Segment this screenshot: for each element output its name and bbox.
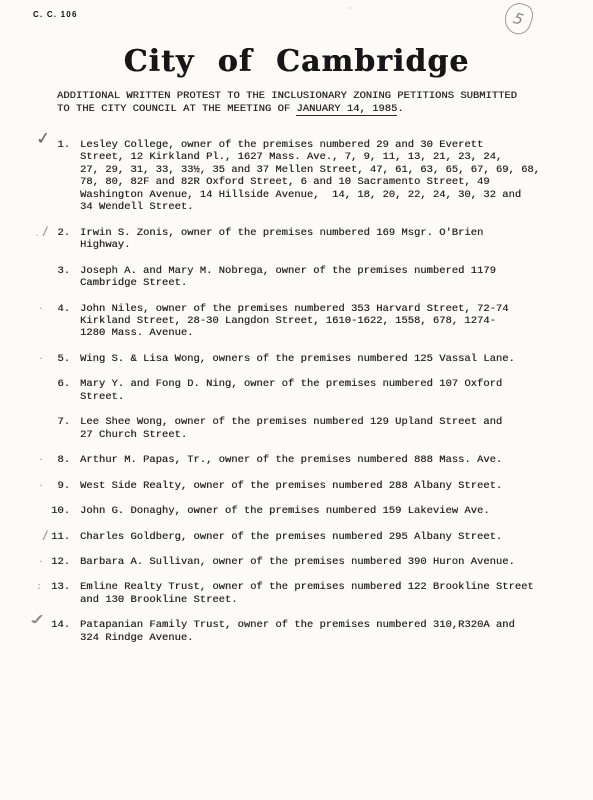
item-text: Irwin S. Zonis, owner of the premises nu…	[80, 227, 558, 252]
item-number: 3.	[0, 265, 70, 290]
scanned-document-page: C. C. 106 5 City of Cambridge ADDITIONAL…	[0, 0, 593, 800]
list-item: : 13. Emline Realty Trust, owner of the …	[0, 581, 593, 606]
item-text: Emline Realty Trust, owner of the premis…	[80, 581, 558, 606]
meeting-date: JANUARY 14, 1985	[296, 103, 397, 117]
page-title: City of Cambridge	[0, 44, 593, 79]
item-number: 11.	[0, 531, 70, 543]
item-text: Patapanian Family Trust, owner of the pr…	[80, 619, 558, 644]
item-number: 10.	[0, 505, 70, 517]
item-text: Arthur M. Papas, Tr., owner of the premi…	[80, 454, 558, 466]
item-number: 8.	[0, 454, 70, 466]
list-item: ∕ 2. Irwin S. Zonis, owner of the premis…	[0, 227, 593, 252]
item-number: 4.	[0, 303, 70, 340]
document-code: C. C. 106	[33, 10, 78, 19]
item-text: Barbara A. Sullivan, owner of the premis…	[80, 556, 558, 568]
pencil-mark-icon: ·	[39, 455, 42, 467]
heading-line2-prefix: TO THE CITY COUNCIL AT THE MEETING OF	[57, 103, 296, 115]
list-item: · 4. John Niles, owner of the premises n…	[0, 303, 593, 340]
item-number: 12.	[0, 556, 70, 568]
pencil-mark-icon: ·	[39, 557, 42, 569]
item-text: Lesley College, owner of the premises nu…	[80, 139, 558, 214]
item-number: 2.	[0, 227, 70, 252]
list-item: · 9. West Side Realty, owner of the prem…	[0, 480, 593, 492]
list-item: ∕ 11. Charles Goldberg, owner of the pre…	[0, 531, 593, 543]
document-heading: ADDITIONAL WRITTEN PROTEST TO THE INCLUS…	[57, 90, 537, 115]
item-text: Joseph A. and Mary M. Nobrega, owner of …	[80, 265, 558, 290]
item-text: Lee Shee Wong, owner of the premises num…	[80, 416, 558, 441]
list-item: 7. Lee Shee Wong, owner of the premises …	[0, 416, 593, 441]
item-text: John G. Donaghy, owner of the premises n…	[80, 505, 558, 517]
item-text: Wing S. & Lisa Wong, owners of the premi…	[80, 353, 558, 365]
item-number: 6.	[0, 378, 70, 403]
pencil-mark-icon: ·	[39, 481, 42, 493]
item-text: Charles Goldberg, owner of the premises …	[80, 531, 558, 543]
pencil-mark-icon: ✓	[35, 132, 50, 146]
pencil-mark-icon: ✓	[26, 614, 51, 628]
scan-speck	[349, 7, 351, 9]
list-item: 10. John G. Donaghy, owner of the premis…	[0, 505, 593, 517]
item-text: Mary Y. and Fong D. Ning, owner of the p…	[80, 378, 558, 403]
item-number: 7.	[0, 416, 70, 441]
item-text: John Niles, owner of the premises number…	[80, 303, 558, 340]
pencil-mark-icon: :	[37, 581, 40, 593]
pencil-mark-icon: ·	[39, 354, 42, 366]
heading-line1: ADDITIONAL WRITTEN PROTEST TO THE INCLUS…	[57, 90, 517, 102]
heading-period: .	[397, 103, 403, 115]
item-number: 1.	[0, 139, 70, 214]
item-number: 13.	[0, 581, 70, 606]
list-item: 3. Joseph A. and Mary M. Nobrega, owner …	[0, 265, 593, 290]
list-item: · 5. Wing S. & Lisa Wong, owners of the …	[0, 353, 593, 365]
item-text: West Side Realty, owner of the premises …	[80, 480, 558, 492]
page-number-text: 5	[511, 8, 526, 28]
handwritten-page-number: 5	[501, 0, 536, 37]
list-item: · 12. Barbara A. Sullivan, owner of the …	[0, 556, 593, 568]
item-number: 9.	[0, 480, 70, 492]
pencil-mark-icon: ·	[39, 304, 42, 316]
list-item: 6. Mary Y. and Fong D. Ning, owner of th…	[0, 378, 593, 403]
item-number: 5.	[0, 353, 70, 365]
protest-list: ✓ 1. Lesley College, owner of the premis…	[0, 139, 593, 657]
list-item: ✓ 1. Lesley College, owner of the premis…	[0, 139, 593, 214]
list-item: ✓ 14. Patapanian Family Trust, owner of …	[0, 619, 593, 644]
list-item: · 8. Arthur M. Papas, Tr., owner of the …	[0, 454, 593, 466]
